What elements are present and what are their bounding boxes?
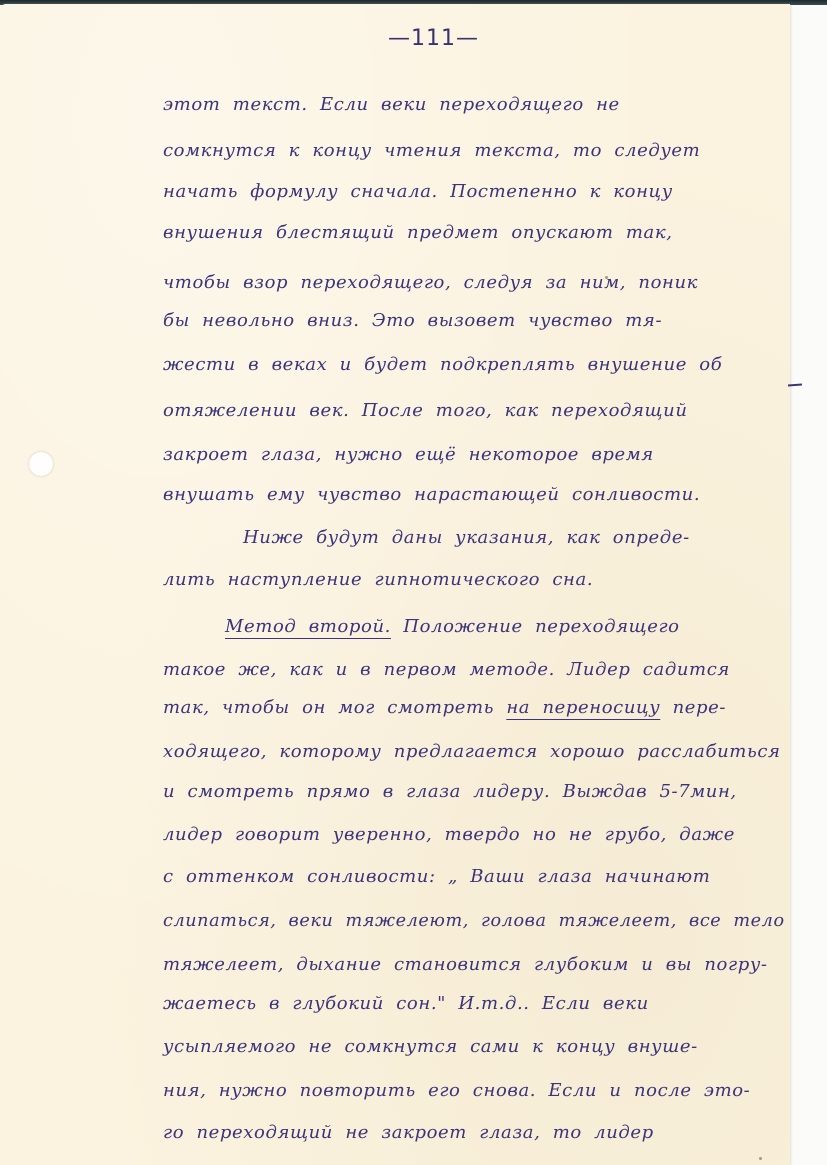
text-line: жести в веках и будет подкреплять внушен… — [163, 354, 722, 375]
text-line: и смотреть прямо в глаза лидеру. Выждав … — [163, 781, 737, 802]
text-line: с оттенком сонливости: „ Ваши глаза начи… — [163, 866, 710, 887]
underlined-phrase: на переносицу — [506, 697, 660, 718]
text-fragment: Положение переходящего — [391, 616, 680, 637]
text-line: го переходящий не закроет глаза, то лиде… — [163, 1122, 654, 1143]
text-line: ния, нужно повторить его снова. Если и п… — [163, 1080, 750, 1101]
section-heading: Метод второй. — [225, 616, 391, 637]
text-line: лидер говорит уверенно, твердо но не гру… — [163, 824, 735, 845]
manuscript-page: —111— этот текст. Если веки переходящего… — [0, 4, 790, 1165]
text-fragment: так, чтобы он мог смотреть — [163, 697, 506, 718]
paper-speck — [759, 1157, 762, 1160]
margin-dash-mark — [788, 384, 802, 387]
punch-hole — [29, 452, 53, 476]
text-line: отяжелении век. После того, как переходя… — [163, 400, 688, 421]
text-line-with-underline: так, чтобы он мог смотреть на переносицу… — [163, 697, 726, 718]
text-line: лить наступление гипнотического сна. — [163, 569, 593, 590]
text-line: начать формулу сначала. Постепенно к кон… — [163, 181, 673, 202]
text-line: тяжелеет, дыхание становится глубоким и … — [163, 954, 768, 975]
text-fragment: пере- — [660, 697, 726, 718]
text-line: жаетесь в глубокий сон." И.т.д.. Если ве… — [163, 993, 649, 1014]
text-line: слипаться, веки тяжелеют, голова тяжелее… — [163, 910, 785, 931]
text-line: закроет глаза, нужно ещё некоторое время — [163, 444, 654, 465]
text-line: бы невольно вниз. Это вызовет чувство тя… — [163, 310, 662, 331]
text-line: такое же, как и в первом методе. Лидер с… — [163, 659, 730, 680]
text-line: чтобы взор переходящего, следуя за ним, … — [163, 272, 698, 293]
text-line: сомкнутся к концу чтения текста, то след… — [163, 140, 700, 161]
text-line: внушения блестящий предмет опускают так, — [163, 222, 673, 243]
text-line: усыпляемого не сомкнутся сами к концу вн… — [163, 1036, 698, 1057]
text-line: Ниже будут даны указания, как опреде- — [243, 527, 690, 548]
text-line: внушать ему чувство нарастающей сонливос… — [163, 484, 700, 505]
page-number: —111— — [388, 26, 479, 51]
text-line: ходящего, которому предлагается хорошо р… — [163, 741, 781, 762]
text-line: этот текст. Если веки переходящего не — [163, 94, 620, 115]
section-heading-line: Метод второй. Положение переходящего — [225, 616, 680, 637]
